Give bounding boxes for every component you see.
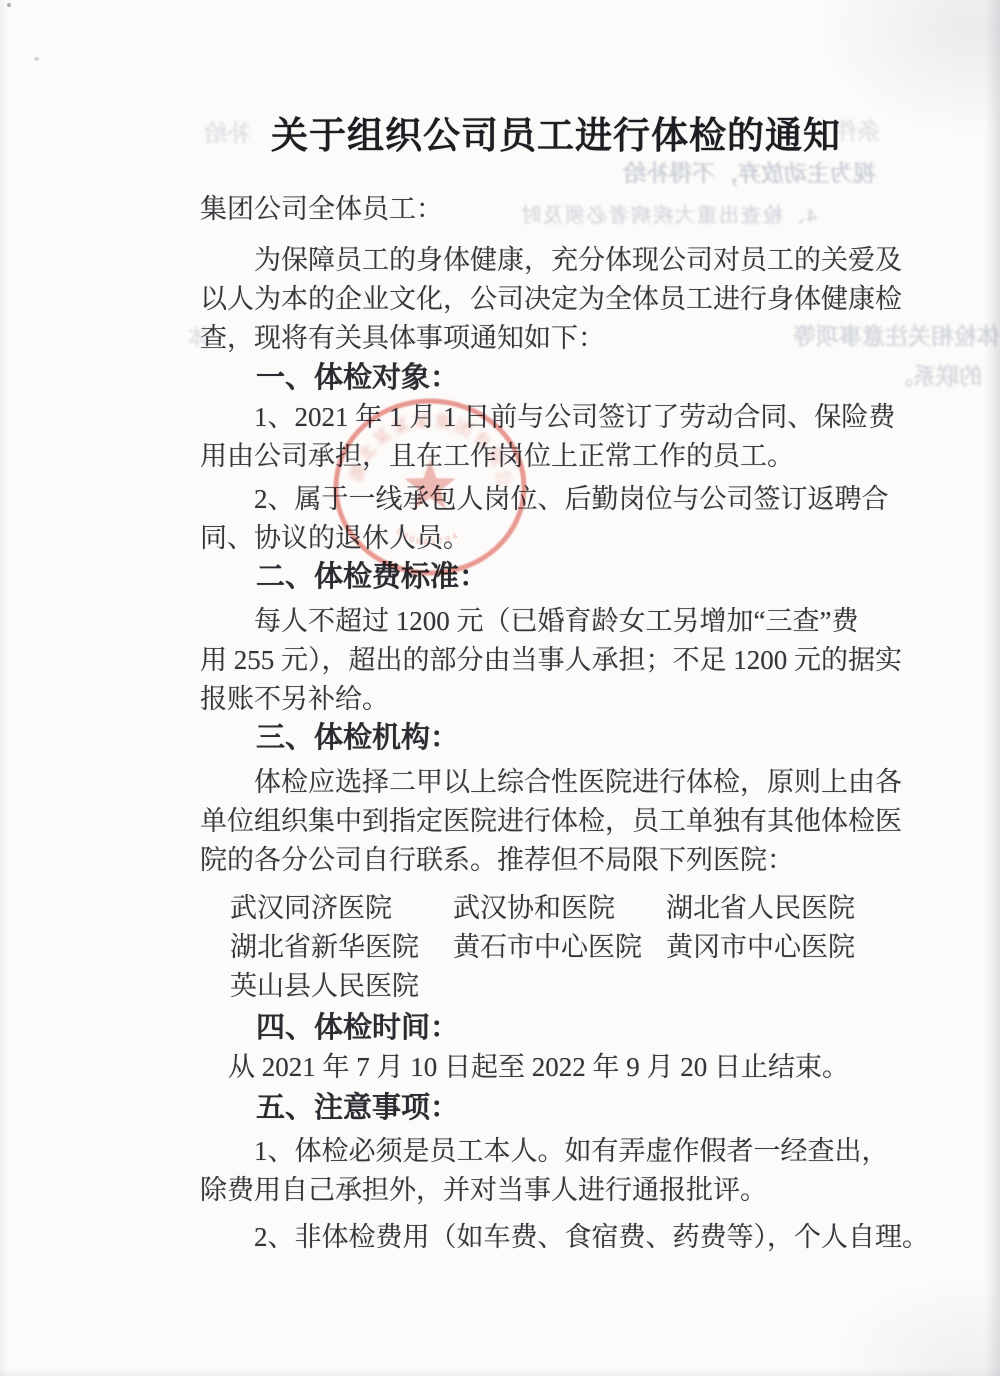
intro-line: 以人为本的企业文化，公司决定为全体员工进行身体健康检 (200, 280, 912, 319)
body-line: 2、非体检费用（如车费、食宿费、药费等），个人自理。 (200, 1218, 912, 1257)
body-line: 同、协议的退休人员。 (200, 519, 912, 558)
hospital-name: 湖北省新华医院 (230, 928, 453, 967)
scanned-notice-page: 条件 视为主动放弃，不得补给 4、检查出重大疾病者必须及时 体检相关注意事项等 … (0, 0, 1000, 1376)
section-5-heading: 五、注意事项： (200, 1089, 912, 1128)
body-line: 除费用自己承担外，并对当事人进行通报批评。 (200, 1171, 912, 1210)
body-line: 用由公司承担，且在工作岗位上正常工作的员工。 (200, 437, 912, 476)
body-line: 报账不另补给。 (200, 680, 912, 719)
section-1-heading: 一、体检对象： (200, 359, 912, 398)
scan-speck (34, 57, 39, 61)
body-line: 用 255 元），超出的部分由当事人承担；不足 1200 元的据实 (200, 641, 912, 680)
hospital-name: 武汉协和医院 (453, 889, 666, 928)
hospital-list-row: 湖北省新华医院 黄石市中心医院 黄冈市中心医院 (200, 928, 912, 967)
section-4-heading: 四、体检时间： (200, 1009, 912, 1048)
scan-edge-shadow (0, 0, 7, 1376)
notice-title: 关于组织公司员工进行体检的通知 (200, 110, 912, 162)
hospital-name: 黄冈市中心医院 (666, 928, 855, 967)
body-line: 从 2021 年 7 月 10 日起至 2022 年 9 月 20 日止结束。 (200, 1048, 912, 1087)
hospital-list-row: 英山县人民医院 (200, 967, 912, 1006)
section-3-heading: 三、体检机构： (200, 719, 912, 758)
body-line: 单位组织集中到指定医院进行体检，员工单独有其他体检医 (200, 802, 912, 841)
intro-line: 为保障员工的身体健康，充分体现公司对员工的关爱及 (200, 241, 912, 280)
body-line: 体检应选择二甲以上综合性医院进行体检，原则上由各 (200, 763, 912, 802)
intro-paragraph: 为保障员工的身体健康，充分体现公司对员工的关爱及 以人为本的企业文化，公司决定为… (200, 241, 912, 358)
hospital-name: 黄石市中心医院 (453, 928, 666, 967)
intro-line: 查，现将有关具体事项通知如下： (200, 319, 912, 358)
body-line: 2、属于一线承包人岗位、后勤岗位与公司签订返聘合 (200, 480, 912, 519)
scan-smudge (820, 0, 1000, 135)
hospital-name: 英山县人民医院 (230, 967, 453, 1006)
hospital-name: 湖北省人民医院 (666, 889, 855, 928)
scan-speck (7, 3, 11, 7)
salutation: 集团公司全体员工： (200, 190, 912, 229)
body-line: 1、体检必须是员工本人。如有弄虚作假者一经查出， (200, 1132, 912, 1171)
hospital-list-row: 武汉同济医院 武汉协和医院 湖北省人民医院 (200, 889, 912, 928)
section-2-heading: 二、体检费标准： (200, 558, 912, 597)
hospital-name: 武汉同济医院 (230, 889, 453, 928)
body-line: 1、2021 年 1 月 1 日前与公司签订了劳动合同、保险费 (200, 398, 912, 437)
body-line: 院的各分公司自行联系。推荐但不局限下列医院： (200, 841, 912, 880)
notice-document: 关于组织公司员工进行体检的通知 集团公司全体员工： 为保障员工的身体健康，充分体… (200, 110, 912, 1257)
scan-edge-shadow (0, 1367, 1000, 1376)
scan-smudge (840, 1281, 1000, 1376)
body-line: 每人不超过 1200 元（已婚育龄女工另增加“三查”费 (200, 602, 912, 641)
scan-edge-shadow (985, 0, 1000, 1376)
